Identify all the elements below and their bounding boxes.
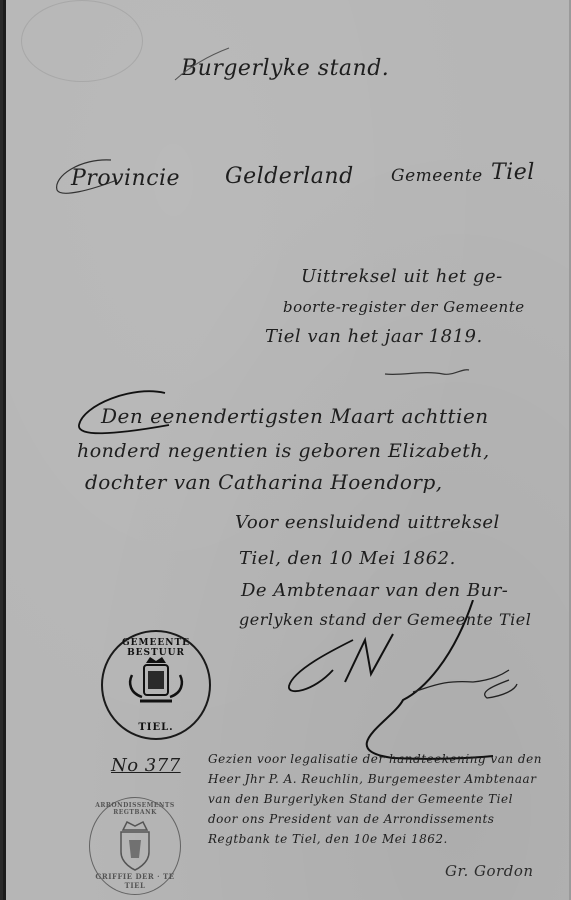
crowned-shield-icon xyxy=(113,818,157,874)
president-signature: Gr. Gordon xyxy=(445,862,534,880)
scan-left-edge xyxy=(3,0,6,900)
register-number: No 377 xyxy=(111,755,181,776)
certification-line-4: gerlyken stand der Gemeente Tiel xyxy=(239,610,531,629)
legalisation-line-2: Heer Jhr P. A. Reuchlin, Burgemeester Am… xyxy=(208,772,536,786)
certification-date: Tiel, den 10 Mei 1862. xyxy=(239,548,456,569)
certification-line-3: De Ambtenaar van den Bur- xyxy=(241,580,508,601)
court-seal-bottom-text: GRIFFIE DER · TE TIEL xyxy=(90,872,180,890)
extract-title-line-1: Uittreksel uit het ge- xyxy=(301,266,503,287)
province-name: Gelderland xyxy=(225,164,354,189)
municipal-seal-bottom-text: TIEL. xyxy=(103,722,209,733)
coat-of-arms-icon xyxy=(124,653,188,717)
body-line-1: Den eenendertigsten Maart achttien xyxy=(101,404,489,428)
certification-line-1: Voor eensluidend uittreksel xyxy=(235,512,500,533)
municipal-seal: GEMEENTE BESTUUR TIEL. xyxy=(101,630,211,740)
heading: Burgerlyke stand. xyxy=(181,56,389,81)
extract-title-line-2: boorte-register der Gemeente xyxy=(283,298,525,316)
document-page: Burgerlyke stand. Provincie Gelderland G… xyxy=(3,0,571,900)
province-label: Provincie xyxy=(71,166,180,191)
court-seal: ARRONDISSEMENTS REGTBANK GRIFFIE DER · T… xyxy=(89,797,181,895)
legalisation-line-3: van den Burgerlyken Stand der Gemeente T… xyxy=(208,792,513,806)
extract-title-line-3: Tiel van het jaar 1819. xyxy=(265,326,483,347)
legalisation-line-1: Gezien voor legalisatie der handteekenin… xyxy=(208,752,542,766)
body-line-2: honderd negentien is geboren Elizabeth, xyxy=(77,440,490,462)
extract-title-underline xyxy=(383,364,473,378)
faded-stamp-impression xyxy=(21,0,143,82)
legalisation-line-5: Regtbank te Tiel, den 10e Mei 1862. xyxy=(208,832,448,846)
municipality-name: Tiel xyxy=(491,160,535,185)
legalisation-line-4: door ons President van de Arrondissement… xyxy=(208,812,494,826)
municipality-label: Gemeente xyxy=(391,166,483,186)
court-seal-top-text: ARRONDISSEMENTS REGTBANK xyxy=(90,802,180,816)
signature-text: AW Reuchlin xyxy=(293,664,442,689)
body-line-3: dochter van Catharina Hoendorp, xyxy=(85,470,443,494)
